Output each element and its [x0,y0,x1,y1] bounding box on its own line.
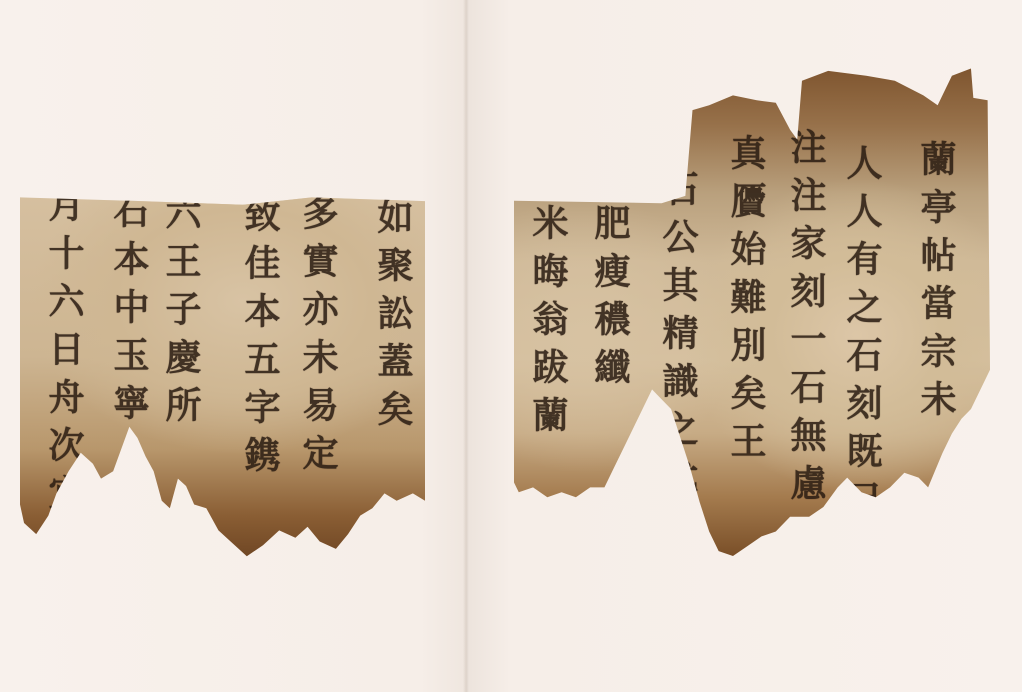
text-column: 多實亦未易定 [300,194,336,482]
text-column: 蘭亭帖當宗未 [918,140,954,428]
text-column: 肥瘦穠纖 [592,204,628,396]
text-column: 人人有之石刻既已 [844,144,880,528]
text-column: 米晦翁跋蘭 [530,204,566,444]
text-column: 如聚訟蓋矣 [375,198,411,438]
text-column: 六王子慶所 [163,194,199,434]
text-column: 致佳本五字鎸 [242,196,278,484]
album-fold [463,0,469,692]
text-column: 石本中玉寧 [111,192,147,432]
text-column: 真贗始難別矣王 [728,134,764,470]
text-column: 注注家刻一石無慮 [788,128,824,512]
